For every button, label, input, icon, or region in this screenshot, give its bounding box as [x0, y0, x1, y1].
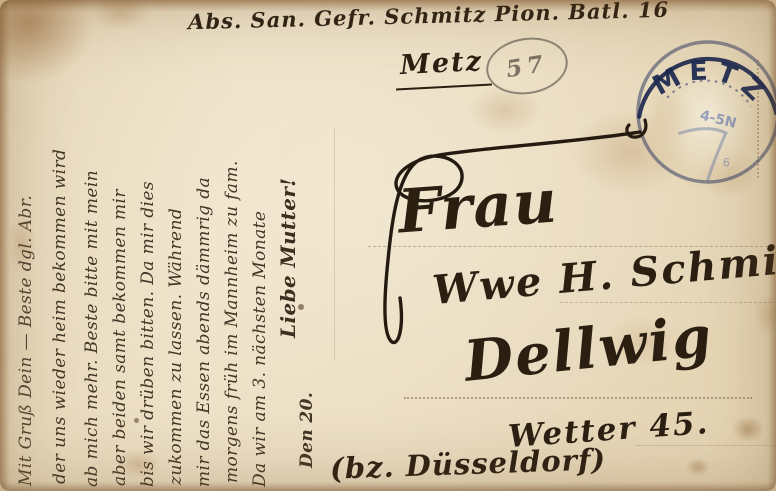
- postmark-small-mark: 6: [722, 156, 730, 170]
- message-line: aber beiden samt bekommen mir: [110, 189, 130, 486]
- message-closing: Mit Gruß Dein — Beste dgl. Abr.: [16, 195, 36, 486]
- pencil-circled-number: 57: [482, 32, 572, 100]
- message-line: mir das Essen abends dämmrig da: [194, 177, 214, 487]
- message-line: Da wir am 3. nächsten Monate: [250, 211, 270, 487]
- stain: [0, 0, 96, 84]
- message-dateline: Den 20.: [297, 392, 317, 468]
- stain: [754, 292, 776, 336]
- postcard: Abs. San. Gefr. Schmitz Pion. Batl. 16 M…: [0, 0, 776, 491]
- address-title: Frau: [396, 167, 560, 248]
- aged-edge-left: [0, 0, 10, 491]
- message-line: bis wir drüben bitten. Da mir dies: [138, 181, 158, 487]
- message-salutation: Liebe Mutter!: [276, 178, 300, 338]
- stain: [686, 458, 710, 476]
- sender-location: Metz: [399, 46, 483, 81]
- message-line: zukommen zu lassen. Während: [166, 208, 186, 485]
- stain: [732, 416, 764, 442]
- stain: [88, 0, 152, 30]
- printed-address-rule: [404, 397, 752, 399]
- printed-divider-line: [334, 128, 335, 360]
- address-district: (bz. Düsseldorf): [329, 442, 606, 486]
- printed-address-rule: [636, 445, 774, 446]
- message-line: morgens früh im Mannheim zu fam.: [222, 160, 242, 483]
- message-line: ab mich mehr. Beste bitte mit mein: [82, 170, 102, 487]
- underline-stroke: [396, 83, 492, 90]
- message-line: der uns wieder heim bekommen wird: [50, 149, 70, 484]
- sender-line: Abs. San. Gefr. Schmitz Pion. Batl. 16: [188, 0, 670, 34]
- circled-number-value: 57: [504, 49, 550, 82]
